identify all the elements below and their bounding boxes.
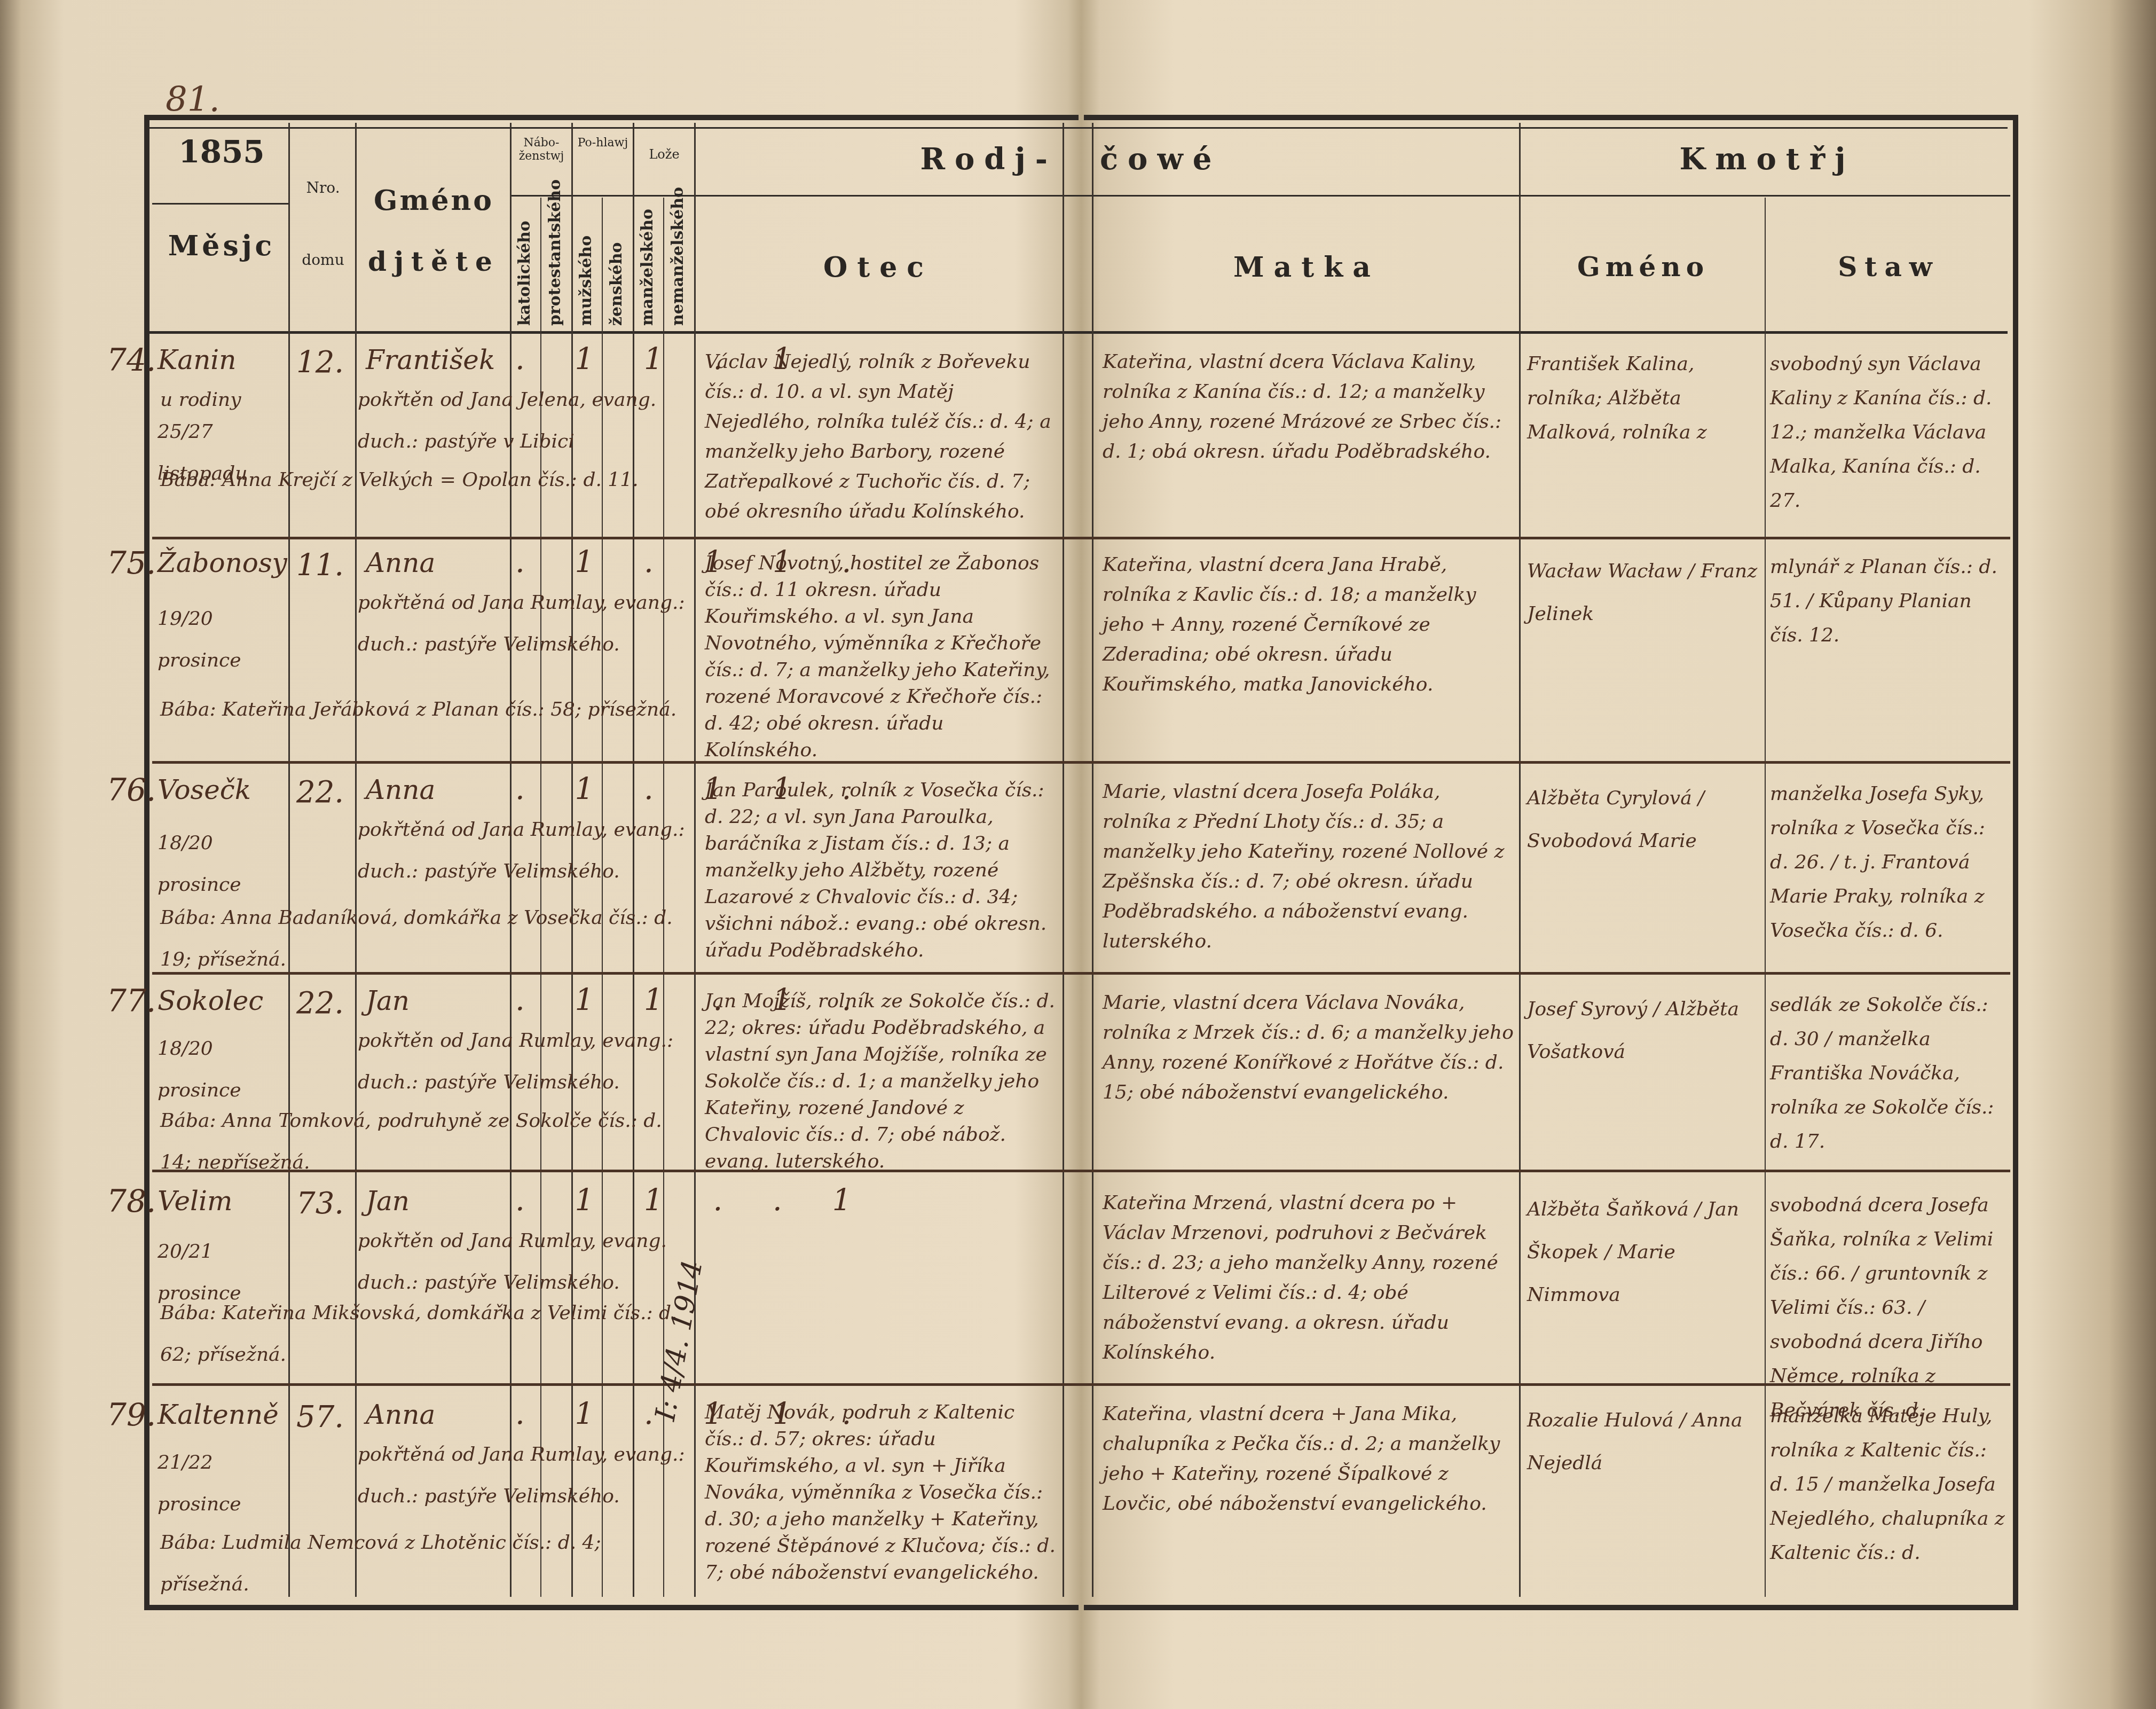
row-separator xyxy=(152,1383,2010,1386)
header-rodicove-right: čowé xyxy=(1100,142,1313,177)
entry-father: Jan Mojžíš, rolník ze Sokolče čís.: d. 2… xyxy=(705,988,1057,1175)
header-nabozenstvi: Nábo-ženstwj xyxy=(512,136,571,163)
col-divider xyxy=(1519,123,1521,1597)
entry-godparents-status: mlynář z Planan čís.: d. 51. / Kůpany Pl… xyxy=(1770,550,2005,653)
header-otec: Otec xyxy=(694,251,1063,284)
gutter-left xyxy=(1063,123,1064,1597)
header-zenskeho: ženského xyxy=(607,240,626,326)
entry-house: 22. xyxy=(296,983,344,1024)
col-divider xyxy=(355,123,357,1597)
entry-midwife: Bába: Kateřina Jeřábková z Planan čís.: … xyxy=(160,689,694,731)
header-top-rule xyxy=(149,127,2008,129)
entry-place: Kanin xyxy=(158,339,286,381)
header-ditete: djtěte xyxy=(358,246,510,277)
entry-godparents-status: manželka Josefa Syky, rolníka z Vosečka … xyxy=(1770,777,2005,948)
entry-mother: Kateřina Mrzená, vlastní dcera po + Václ… xyxy=(1103,1188,1514,1368)
entry-father: Jan Paroulek, rolník z Vosečka čís.: d. … xyxy=(705,777,1057,964)
entry-house: 11. xyxy=(296,545,344,586)
entry-mother: Marie, vlastní dcera Josefa Poláka, roln… xyxy=(1103,777,1514,957)
entry-date: 18/20 prosince xyxy=(158,1028,296,1111)
entry-godparents: Josef Syrový / Alžběta Vošatková xyxy=(1527,988,1762,1073)
entry-child: Anna xyxy=(366,542,510,584)
header-rodicove-left: Rodj- xyxy=(833,142,1057,177)
entry-house: 73. xyxy=(296,1183,344,1225)
entry-child: Anna xyxy=(366,769,510,811)
header-muzskeho: mužského xyxy=(577,235,595,326)
header-bottom-rule xyxy=(149,331,2008,334)
entry-mother: Kateřina, vlastní dcera Václava Kaliny, … xyxy=(1103,347,1514,467)
entry-godparents: Alžběta Šaňková / Jan Škopek / Marie Nim… xyxy=(1527,1188,1762,1316)
header-domu: domu xyxy=(291,251,355,269)
entry-child-note: pokřtěná od Jana Rumlay, evang.: duch.: … xyxy=(358,1434,699,1517)
entry-number: 76. xyxy=(107,772,156,808)
year-label: 1855 xyxy=(155,134,288,170)
entry-father: Josef Novotný, hostitel ze Žabonos čís.:… xyxy=(705,550,1057,764)
entry-father: Václav Nejedlý, rolník z Bořeveku čís.: … xyxy=(705,347,1057,527)
entry-midwife: Bába: Ludmila Nemcová z Lhotěnic čís.: d… xyxy=(160,1522,694,1605)
register-spread: 81. 1855 Měsjc Nro. domu Gméno djtěte Ná… xyxy=(0,0,2156,1709)
col-divider xyxy=(1765,198,1766,1597)
entry-godparents: Wacław Wacław / Franz Jelinek xyxy=(1527,550,1762,636)
entry-place: Vosečk xyxy=(158,769,286,811)
header-protestantskeho: protestantského xyxy=(546,208,564,326)
entry-child: František xyxy=(366,339,510,381)
entry-child-note: pokřtěná od Jana Rumlay, evang.: duch.: … xyxy=(358,582,699,665)
entry-child: Jan xyxy=(366,980,510,1022)
entry-godparents: Rozalie Hulová / Anna Nejedlá xyxy=(1527,1399,1762,1485)
entry-house: 57. xyxy=(296,1397,344,1438)
entry-number: 77. xyxy=(107,983,156,1019)
entry-house: 12. xyxy=(296,342,344,383)
entry-midwife: Bába: Anna Tomková, podruhyně ze Sokolče… xyxy=(160,1100,694,1183)
entry-godparents-status: manželka Matěje Huly, rolníka z Kaltenic… xyxy=(1770,1399,2005,1570)
entry-godparents: František Kalina, rolníka; Alžběta Malko… xyxy=(1527,347,1762,450)
header-nemanzelskeho: nemanželského xyxy=(668,214,687,326)
header-mesic: Měsjc xyxy=(155,230,288,262)
header-kmotri-jmeno: Gméno xyxy=(1522,251,1765,283)
header-jmeno: Gméno xyxy=(358,184,510,217)
entry-child-note: pokřtěná od Jana Rumlay, evang.: duch.: … xyxy=(358,809,699,892)
entry-mother: Kateřina, vlastní dcera + Jana Mika, cha… xyxy=(1103,1399,1514,1519)
entry-mother: Marie, vlastní dcera Václava Nováka, rol… xyxy=(1103,988,1514,1108)
entry-place: Sokolec xyxy=(158,980,286,1022)
entry-place: Kaltenně xyxy=(158,1394,286,1436)
entry-child-note: pokřtěn od Jana Rumlay, evang. duch.: pa… xyxy=(358,1220,699,1304)
entry-godparents-status: sedlák ze Sokolče čís.: d. 30 / manželka… xyxy=(1770,988,2005,1159)
header-katolickeho: katolického xyxy=(515,224,534,326)
header-pohlavi: Po-hlawj xyxy=(573,136,633,150)
row-separator xyxy=(152,761,2010,764)
gutter-right xyxy=(1092,123,1093,1597)
entry-date: 19/20 prosince xyxy=(158,598,296,681)
entry-number: 74. xyxy=(107,342,156,378)
entry-number: 79. xyxy=(107,1397,156,1433)
entry-midwife: Bába: Kateřina Mikšovská, domkářka z Vel… xyxy=(160,1292,694,1376)
entry-godparents-status: svobodný syn Václava Kaliny z Kanína čís… xyxy=(1770,347,2005,518)
entry-place: Velim xyxy=(158,1180,286,1222)
entry-child: Anna xyxy=(366,1394,510,1436)
header-loze: Lože xyxy=(634,147,694,162)
entry-marks: . 1 1 . . 1 xyxy=(515,1183,871,1218)
entry-midwife: Bába: Anna Badaníková, domkářka z Vosečk… xyxy=(160,897,694,981)
parents-rule xyxy=(707,195,2010,197)
header-matka: Matka xyxy=(1095,251,1519,284)
entry-godparents-status: svobodná dcera Josefa Šaňka, rolníka z V… xyxy=(1770,1188,2005,1428)
entry-child: Jan xyxy=(366,1180,510,1222)
header-kmotri: Kmotřj xyxy=(1522,142,2013,177)
entry-child-note: pokřtěn od Jana Jelena, evang. duch.: pa… xyxy=(358,379,699,462)
entry-place: Žabonosy xyxy=(158,542,286,584)
entry-date: 21/22 prosince xyxy=(158,1442,296,1525)
entry-house: 22. xyxy=(296,772,344,813)
entry-mother: Kateřina, vlastní dcera Jana Hrabě, roln… xyxy=(1103,550,1514,700)
year-divider xyxy=(152,203,288,205)
header-manzelskeho: manželského xyxy=(638,219,657,326)
entry-father: Matěj Novák, podruh z Kaltenic čís.: d. … xyxy=(705,1399,1057,1586)
entry-midwife: Bába: Anna Krejčí z Velkých = Opolan čís… xyxy=(160,459,694,501)
row-separator xyxy=(152,537,2010,539)
entry-date: 18/20 prosince xyxy=(158,822,296,906)
entry-child-note: pokřtěn od Jana Rumlay, evang.: duch.: p… xyxy=(358,1020,699,1103)
entry-number: 75. xyxy=(107,545,156,581)
entry-number: 78. xyxy=(107,1183,156,1219)
header-nro: Nro. xyxy=(291,179,355,197)
header-kmotri-stav: Staw xyxy=(1767,251,2010,283)
page-number: 81. xyxy=(166,80,220,120)
entry-godparents: Alžběta Cyrylová / Svobodová Marie xyxy=(1527,777,1762,863)
